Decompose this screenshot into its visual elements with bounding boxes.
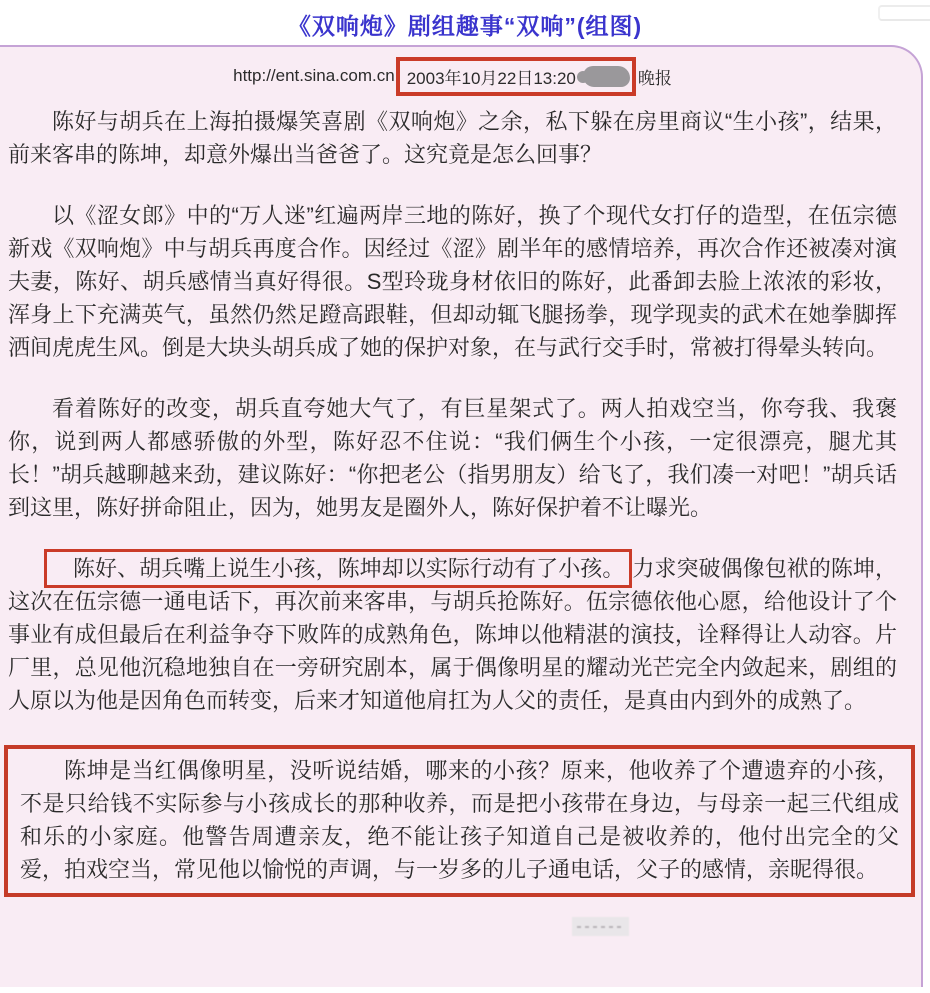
source-url[interactable]: http://ent.sina.com.cn xyxy=(233,66,395,86)
source-suffix: 晚报 xyxy=(638,64,672,89)
highlighted-paragraph-box: 陈坤是当红偶像明星，没听说结婚，哪来的小孩？原来，他收养了个遭遗弃的小孩，不是只… xyxy=(4,745,915,897)
window-corner-artifact xyxy=(878,5,930,21)
source-line: http://ent.sina.com.cn 2003年10月22日13:20 … xyxy=(8,57,897,95)
paragraph-2: 以《涩女郎》中的“万人迷”红遍两岸三地的陈好，换了个现代女打仔的造型，在伍宗德新… xyxy=(8,199,897,364)
publish-datetime: 2003年10月22日13:20 xyxy=(407,64,576,89)
date-highlight-box: 2003年10月22日13:20 xyxy=(396,57,636,96)
paragraph-1: 陈好与胡兵在上海拍摄爆笑喜剧《双响炮》之余，私下躲在房里商议“生小孩”，结果，前… xyxy=(8,105,897,171)
paragraph-4: 陈好、胡兵嘴上说生小孩，陈坤却以实际行动有了小孩。力求突破偶像包袱的陈坤，这次在… xyxy=(8,552,897,717)
page-title: 《双响炮》剧组趣事“双响”(组图) xyxy=(0,0,930,41)
highlighted-sentence-box: 陈好、胡兵嘴上说生小孩，陈坤却以实际行动有了小孩。 xyxy=(44,549,632,588)
article-panel: http://ent.sina.com.cn 2003年10月22日13:20 … xyxy=(0,45,923,987)
paragraph-3: 看着陈好的改变，胡兵直夸她大气了，有巨星架式了。两人拍戏空当，你夸我、我褒你，说… xyxy=(8,392,897,524)
blurred-watermark xyxy=(572,917,629,936)
paragraph-5: 陈坤是当红偶像明星，没听说结婚，哪来的小孩？原来，他收养了个遭遗弃的小孩，不是只… xyxy=(20,754,899,886)
redacted-source-blob xyxy=(583,66,630,87)
